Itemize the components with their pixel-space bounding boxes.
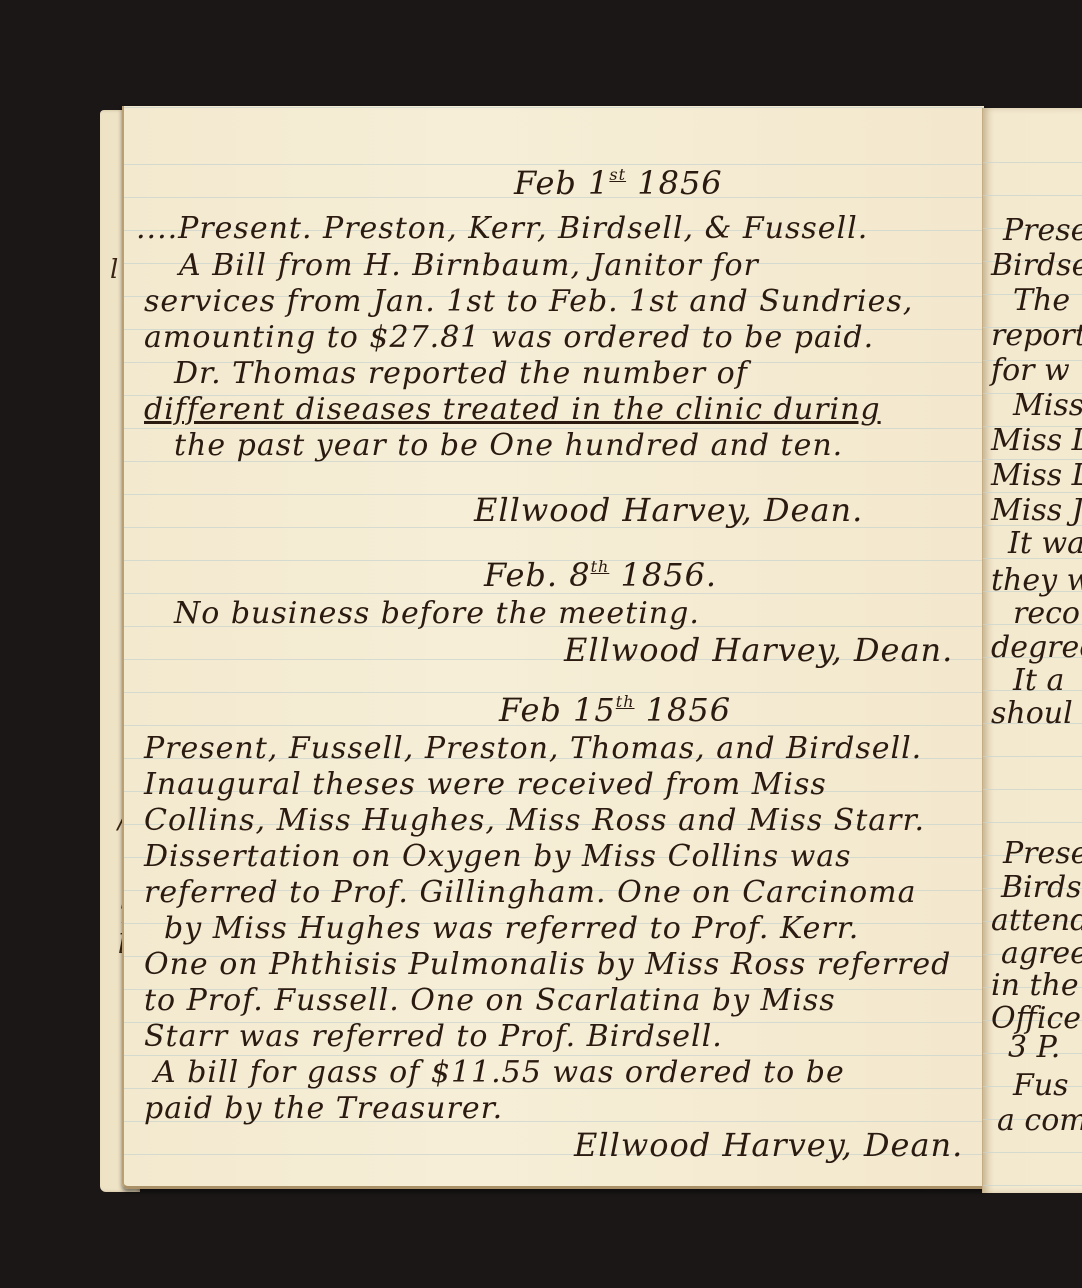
- fragment-line: shoul: [991, 696, 1073, 731]
- fragment-line: for w: [991, 353, 1070, 388]
- fragment-line: Miss Lau: [991, 458, 1082, 493]
- fragment-line: Presen: [1003, 836, 1082, 871]
- signature-dean: Ellwood Harvey, Dean.: [474, 491, 863, 529]
- entry-line: Dr. Thomas reported the number of: [174, 356, 748, 391]
- entry-line: referred to Prof. Gillingham. One on Car…: [144, 875, 917, 910]
- fragment-line: Birds: [1001, 870, 1082, 905]
- date-month: Feb.: [484, 556, 558, 594]
- signature-dean: Ellwood Harvey, Dean.: [564, 631, 953, 669]
- entry-line: the past year to be One hundred and ten.: [174, 428, 843, 463]
- entry-line: One on Phthisis Pulmonalis by Miss Ross …: [144, 947, 951, 982]
- fragment-line: Miss Deb: [991, 423, 1082, 458]
- date-suffix: st: [609, 165, 626, 184]
- entry-line: by Miss Hughes was referred to Prof. Ker…: [164, 911, 859, 946]
- entry-date-feb-15: Feb 15th 1856: [499, 691, 731, 729]
- entry-line: Dissertation on Oxygen by Miss Collins w…: [144, 839, 852, 874]
- entry-date-feb-1: Feb 1st 1856: [514, 164, 723, 202]
- date-month: Feb: [514, 164, 577, 202]
- date-day: 8: [569, 556, 590, 594]
- margin-mark: l: [110, 255, 118, 285]
- entry-line: paid by the Treasurer.: [144, 1091, 503, 1126]
- fragment-line: agree: [1001, 936, 1082, 971]
- fragment-line: Miss: [1013, 388, 1082, 423]
- entry-line: Collins, Miss Hughes, Miss Ross and Miss…: [144, 803, 925, 838]
- date-year: 1856.: [620, 556, 717, 594]
- date-suffix: th: [616, 692, 635, 711]
- fragment-line: It a: [1013, 663, 1064, 698]
- entry-line: Starr was referred to Prof. Birdsell.: [144, 1019, 723, 1054]
- fragment-line: in the: [991, 968, 1079, 1003]
- fragment-line: The: [1013, 283, 1070, 318]
- fragment-line: a com: [997, 1103, 1082, 1138]
- left-ledger-page: Feb 1st 1856 ....Present. Preston, Kerr,…: [122, 106, 984, 1189]
- entry-line: amounting to $27.81 was ordered to be pa…: [144, 320, 874, 355]
- fragment-line: they w: [991, 563, 1082, 598]
- entry-line: different diseases treated in the clinic…: [144, 392, 881, 427]
- date-suffix: th: [591, 557, 610, 576]
- entry-line: No business before the meeting.: [174, 596, 700, 631]
- fragment-line: It wa: [1008, 526, 1082, 561]
- fragment-line: Miss Jan: [991, 493, 1082, 528]
- entry-line: services from Jan. 1st to Feb. 1st and S…: [144, 284, 913, 319]
- fragment-line: Birdse: [991, 248, 1082, 283]
- date-day: 15: [573, 691, 616, 729]
- entry-line: Present, Fussell, Preston, Thomas, and B…: [144, 731, 922, 766]
- date-month: Feb: [499, 691, 562, 729]
- fragment-line: attend: [991, 903, 1082, 938]
- entry-line: Inaugural theses were received from Miss: [144, 767, 827, 802]
- entry-date-feb-8: Feb. 8th 1856.: [484, 556, 717, 594]
- date-year: 1856: [646, 691, 731, 729]
- fragment-line: 3 P.: [1008, 1030, 1060, 1065]
- fragment-line: Fus: [1013, 1068, 1069, 1103]
- right-ledger-page-partial: Presen Birdse The report for w Miss Miss…: [982, 108, 1082, 1193]
- entry-line: ....Present. Preston, Kerr, Birdsell, & …: [136, 211, 868, 246]
- fragment-line: report: [991, 318, 1082, 353]
- fragment-line: Presen: [1003, 213, 1082, 248]
- fragment-line: recom: [1013, 596, 1082, 631]
- signature-dean: Ellwood Harvey, Dean.: [574, 1126, 963, 1164]
- date-day: 1: [588, 164, 609, 202]
- date-year: 1856: [637, 164, 722, 202]
- entry-line: A Bill from H. Birnbaum, Janitor for: [179, 248, 759, 283]
- entry-line: A bill for gass of $11.55 was ordered to…: [154, 1055, 845, 1090]
- entry-line: to Prof. Fussell. One on Scarlatina by M…: [144, 983, 836, 1018]
- fragment-line: degree: [991, 630, 1082, 665]
